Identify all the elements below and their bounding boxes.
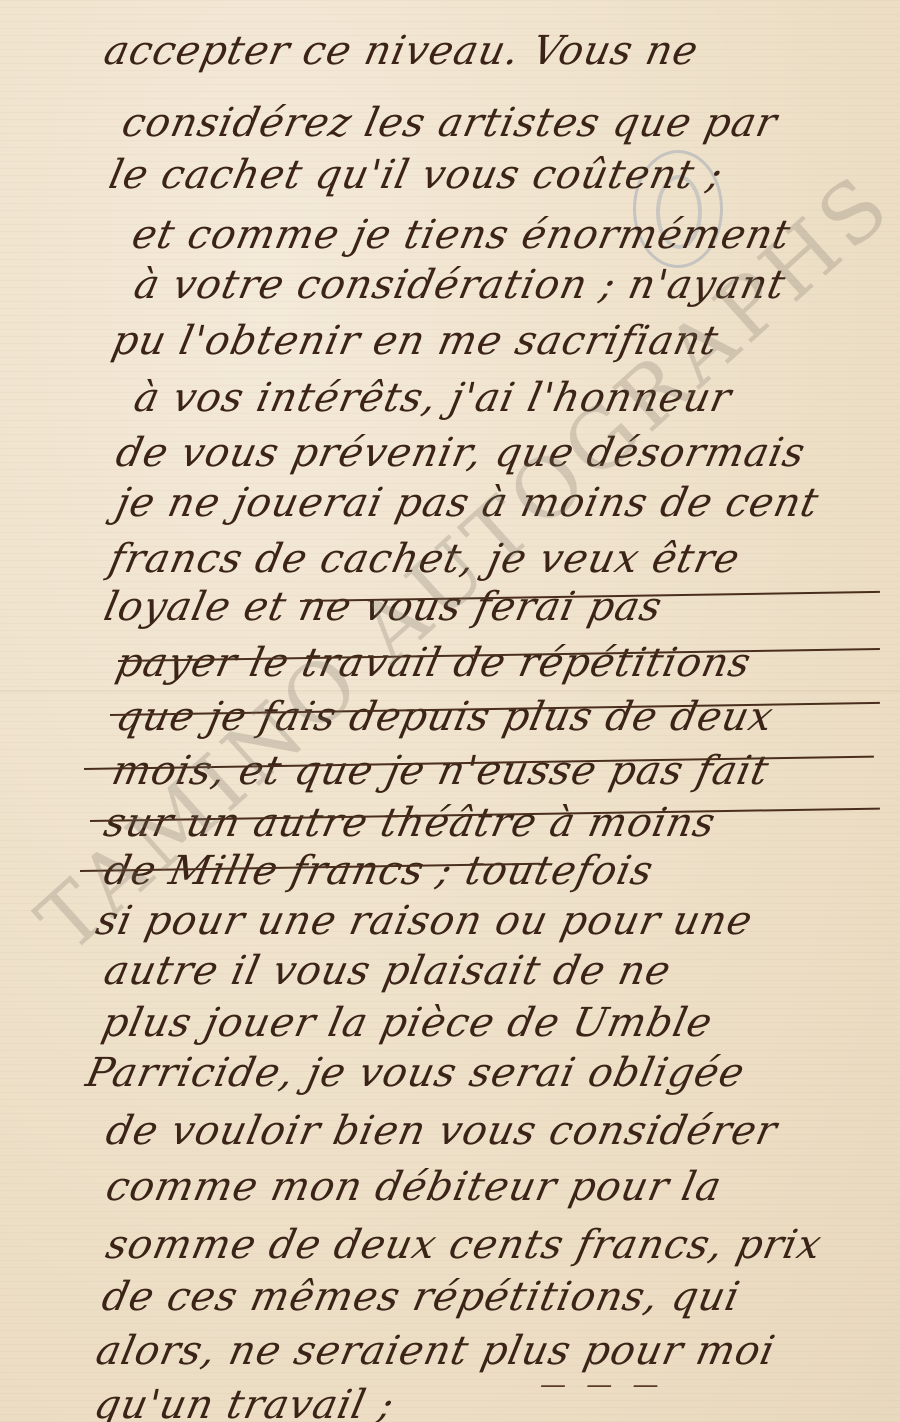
text-line-24: de ces mêmes répétitions, qui — [98, 1274, 744, 1320]
paper-fold — [0, 690, 900, 692]
text-line-8: de vous prévenir, que désormais — [112, 430, 810, 476]
text-line-17: si pour une raison ou pour une — [92, 898, 757, 944]
text-line-23: somme de deux cents francs, prix — [102, 1222, 826, 1268]
text-line-4: et comme je tiens énormément — [128, 212, 795, 258]
text-line-26: qu'un travail ; — [90, 1382, 399, 1422]
text-line-25: alors, ne seraient plus pour moi — [92, 1328, 779, 1374]
text-line-18: autre il vous plaisait de ne — [100, 948, 675, 994]
text-line-2: considérez les artistes que par — [118, 100, 782, 146]
letter-page: accepter ce niveau. Vous ne considérez l… — [0, 0, 900, 1422]
text-line-1: accepter ce niveau. Vous ne — [100, 28, 703, 74]
trailing-dash-mark: — — — — [540, 1370, 665, 1400]
text-line-22: comme mon débiteur pour la — [102, 1164, 726, 1210]
text-line-19: plus jouer la pièce de Umble — [98, 1000, 717, 1046]
text-line-21: de vouloir bien vous considérer — [102, 1108, 782, 1154]
text-line-3: le cachet qu'il vous coûtent ; — [105, 152, 727, 198]
text-line-20: Parricide, je vous serai obligée — [82, 1050, 749, 1096]
